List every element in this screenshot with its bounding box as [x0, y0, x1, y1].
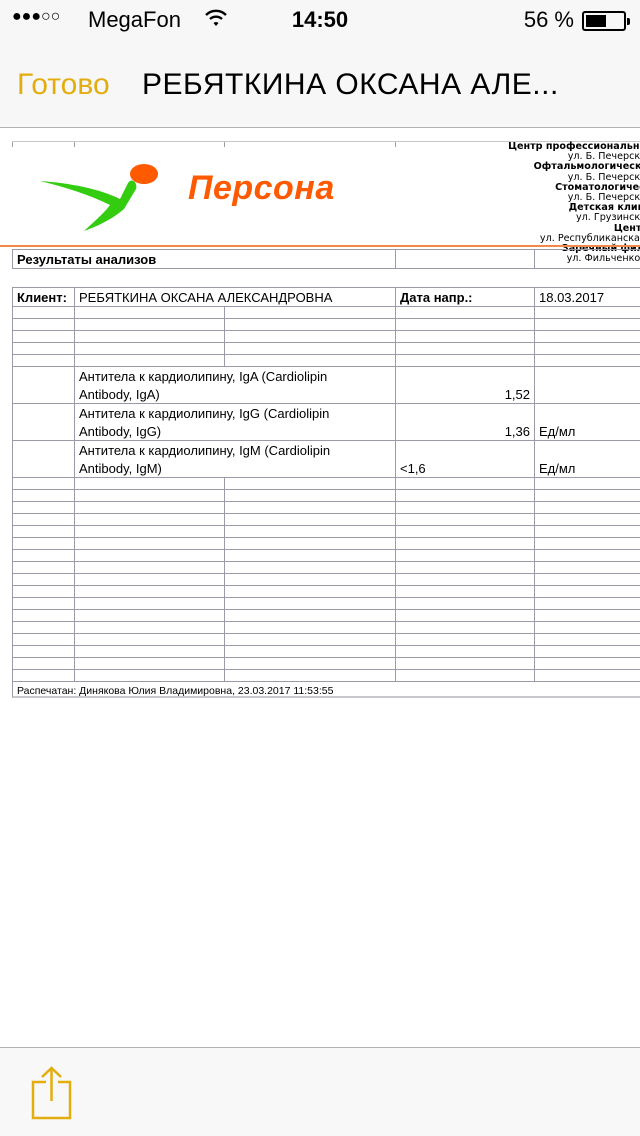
empty-cell [13, 562, 75, 573]
empty-row [12, 573, 640, 585]
empty-cell [396, 343, 535, 354]
empty-cell [535, 331, 640, 342]
empty-cell [13, 490, 75, 501]
empty-cell [75, 514, 225, 525]
status-bar: ●●●○○ MegaFon 14:50 56 % [0, 0, 640, 40]
empty-row [12, 537, 640, 549]
test-value: 1,36 [396, 404, 535, 440]
empty-cell [75, 307, 225, 318]
empty-cell [13, 526, 75, 537]
empty-cell [225, 670, 396, 681]
empty-cell [396, 355, 535, 366]
empty-cell [75, 622, 225, 633]
client-label: Клиент: [13, 288, 75, 306]
empty-cell [13, 538, 75, 549]
result-row: Антитела к кардиолипину, IgG (Cardiolipi… [12, 403, 640, 440]
test-unit: Ед/мл [535, 404, 640, 440]
empty-cell [225, 622, 396, 633]
empty-cell [535, 490, 640, 501]
date-value: 18.03.2017 [535, 288, 640, 306]
empty-cell [535, 610, 640, 621]
empty-row [12, 669, 640, 681]
empty-cell [225, 574, 396, 585]
empty-cell [396, 550, 535, 561]
empty-cell [75, 526, 225, 537]
empty-cell [396, 307, 535, 318]
empty-cell [535, 478, 640, 489]
empty-cell [535, 307, 640, 318]
result-row: Антитела к кардиолипину, IgM (Cardiolipi… [12, 440, 640, 477]
empty-cell [396, 598, 535, 609]
test-unit-text: Ед/мл [539, 424, 575, 439]
empty-cell [75, 598, 225, 609]
empty-cell [396, 250, 535, 268]
empty-cell [225, 478, 396, 489]
empty-row [12, 609, 640, 621]
section-title-row: Результаты анализов [12, 249, 640, 269]
empty-cell [13, 622, 75, 633]
empty-cell [535, 658, 640, 669]
empty-cell [13, 478, 75, 489]
empty-row [12, 561, 640, 573]
battery-nub [627, 18, 630, 25]
empty-cell [75, 478, 225, 489]
empty-cell [75, 538, 225, 549]
empty-row [12, 585, 640, 597]
bottom-toolbar [0, 1047, 640, 1136]
battery-percent: 56 % [524, 7, 574, 33]
empty-cell [75, 670, 225, 681]
empty-row [12, 597, 640, 609]
empty-row [12, 525, 640, 537]
empty-row [12, 477, 640, 489]
empty-cell [396, 634, 535, 645]
empty-cell [535, 514, 640, 525]
empty-cell [225, 502, 396, 513]
empty-cell [535, 634, 640, 645]
date-label: Дата напр.: [396, 288, 535, 306]
empty-cell [396, 319, 535, 330]
empty-row [12, 306, 640, 318]
empty-cell [13, 658, 75, 669]
logo-figure-icon [40, 161, 190, 231]
empty-cell [396, 586, 535, 597]
empty-row [12, 657, 640, 669]
test-name: Антитела к кардиолипину, IgM (Cardiolipi… [75, 441, 396, 477]
empty-cell [13, 646, 75, 657]
empty-cell [13, 514, 75, 525]
empty-cell [396, 514, 535, 525]
test-unit: Ед/мл [535, 441, 640, 477]
empty-cell [75, 610, 225, 621]
empty-cell [225, 490, 396, 501]
empty-cell [535, 550, 640, 561]
empty-cell [396, 562, 535, 573]
empty-cell [225, 562, 396, 573]
test-value-text: 1,36 [505, 424, 530, 439]
empty-cell [396, 478, 535, 489]
empty-cell [13, 331, 75, 342]
test-name-line: Antibody, IgG) [79, 423, 391, 440]
empty-cell [535, 538, 640, 549]
empty-cell [535, 502, 640, 513]
empty-cell [396, 670, 535, 681]
client-name: РЕБЯТКИНА ОКСАНА АЛЕКСАНДРОВНА [75, 288, 396, 306]
clinic-line: ул. Грузинская, 1 [419, 213, 640, 223]
printed-by: Распечатан: Динякова Юлия Владимировна, … [12, 681, 640, 698]
empty-cell [13, 441, 75, 477]
empty-cell [535, 598, 640, 609]
empty-cell [13, 586, 75, 597]
logo-wordmark: Персона [188, 169, 335, 208]
empty-cell [13, 598, 75, 609]
empty-cell [396, 490, 535, 501]
test-unit-text: Ед/мл [539, 461, 575, 476]
done-button[interactable]: Готово [17, 68, 110, 102]
empty-cell [13, 367, 75, 403]
empty-row [12, 501, 640, 513]
empty-cell [75, 502, 225, 513]
empty-cell [396, 502, 535, 513]
empty-cell [225, 538, 396, 549]
empty-cell [535, 343, 640, 354]
test-name-line: Antibody, IgM) [79, 460, 391, 477]
document-title: РЕБЯТКИНА ОКСАНА АЛЕ... [142, 68, 559, 102]
empty-cell [225, 610, 396, 621]
empty-row [12, 342, 640, 354]
empty-cell [225, 550, 396, 561]
empty-cell [75, 646, 225, 657]
empty-cell [396, 646, 535, 657]
empty-cell [75, 343, 225, 354]
test-name-line: Антитела к кардиолипину, IgM (Cardiolipi… [79, 442, 391, 460]
empty-cell [396, 610, 535, 621]
test-value-text: <1,6 [400, 461, 426, 476]
empty-cell [225, 658, 396, 669]
empty-cell [396, 331, 535, 342]
empty-cell [535, 622, 640, 633]
empty-cell [75, 562, 225, 573]
empty-cell [225, 343, 396, 354]
empty-row [12, 645, 640, 657]
empty-cell [225, 526, 396, 537]
empty-cell [535, 526, 640, 537]
empty-cell [225, 331, 396, 342]
empty-cell [13, 670, 75, 681]
empty-cell [225, 646, 396, 657]
empty-cell [396, 622, 535, 633]
empty-cell [396, 574, 535, 585]
section-title: Результаты анализов [13, 250, 396, 268]
empty-row [12, 513, 640, 525]
empty-cell [13, 610, 75, 621]
test-value: 1,52 [396, 367, 535, 403]
empty-cell [535, 250, 640, 268]
empty-cell [13, 343, 75, 354]
test-name-line: Антитела к кардиолипину, IgG (Cardiolipi… [79, 405, 391, 423]
empty-cell [225, 355, 396, 366]
test-name: Антитела к кардиолипину, IgA (Cardiolipi… [75, 367, 396, 403]
empty-cell [535, 319, 640, 330]
navigation-bar: Готово РЕБЯТКИНА ОКСАНА АЛЕ... [0, 40, 640, 128]
empty-cell [13, 307, 75, 318]
empty-cell [75, 586, 225, 597]
empty-cell [535, 646, 640, 657]
share-icon[interactable] [31, 1066, 73, 1120]
empty-cell [535, 586, 640, 597]
document-viewer[interactable]: Персона Центр профессиональной мул. Б. П… [0, 129, 640, 1047]
empty-cell [13, 319, 75, 330]
empty-cell [75, 658, 225, 669]
test-name-line: Антитела к кардиолипину, IgA (Cardiolipi… [79, 368, 391, 386]
empty-cell [13, 550, 75, 561]
test-value-text: 1,52 [505, 387, 530, 402]
empty-cell [396, 658, 535, 669]
empty-cell [75, 634, 225, 645]
empty-cell [535, 670, 640, 681]
test-name: Антитела к кардиолипину, IgG (Cardiolipi… [75, 404, 396, 440]
empty-cell [225, 319, 396, 330]
empty-cell [13, 404, 75, 440]
empty-cell [75, 574, 225, 585]
empty-cell [535, 562, 640, 573]
empty-cell [75, 490, 225, 501]
empty-cell [75, 319, 225, 330]
client-row: Клиент: РЕБЯТКИНА ОКСАНА АЛЕКСАНДРОВНА Д… [12, 287, 640, 306]
empty-cell [396, 526, 535, 537]
battery-fill [586, 15, 606, 27]
result-row: Антитела к кардиолипину, IgA (Cardiolipi… [12, 366, 640, 403]
empty-row [12, 354, 640, 366]
empty-cell [13, 634, 75, 645]
empty-cell [225, 514, 396, 525]
empty-cell [225, 586, 396, 597]
empty-cell [75, 331, 225, 342]
empty-row [12, 489, 640, 501]
empty-cell [75, 550, 225, 561]
test-name-line: Antibody, IgA) [79, 386, 391, 403]
empty-cell [225, 598, 396, 609]
empty-row [12, 549, 640, 561]
empty-cell [225, 307, 396, 318]
empty-row [12, 621, 640, 633]
empty-row [12, 633, 640, 645]
empty-cell [396, 538, 535, 549]
empty-cell [225, 634, 396, 645]
empty-row [12, 318, 640, 330]
empty-cell [13, 355, 75, 366]
test-unit [535, 367, 640, 403]
empty-cell [13, 574, 75, 585]
empty-cell [535, 355, 640, 366]
battery-icon [582, 11, 626, 31]
empty-row [12, 330, 640, 342]
empty-cell [13, 502, 75, 513]
header-divider [0, 245, 640, 247]
test-value: <1,6 [396, 441, 535, 477]
empty-cell [75, 355, 225, 366]
persona-logo: Персона [40, 161, 400, 231]
empty-cell [535, 574, 640, 585]
